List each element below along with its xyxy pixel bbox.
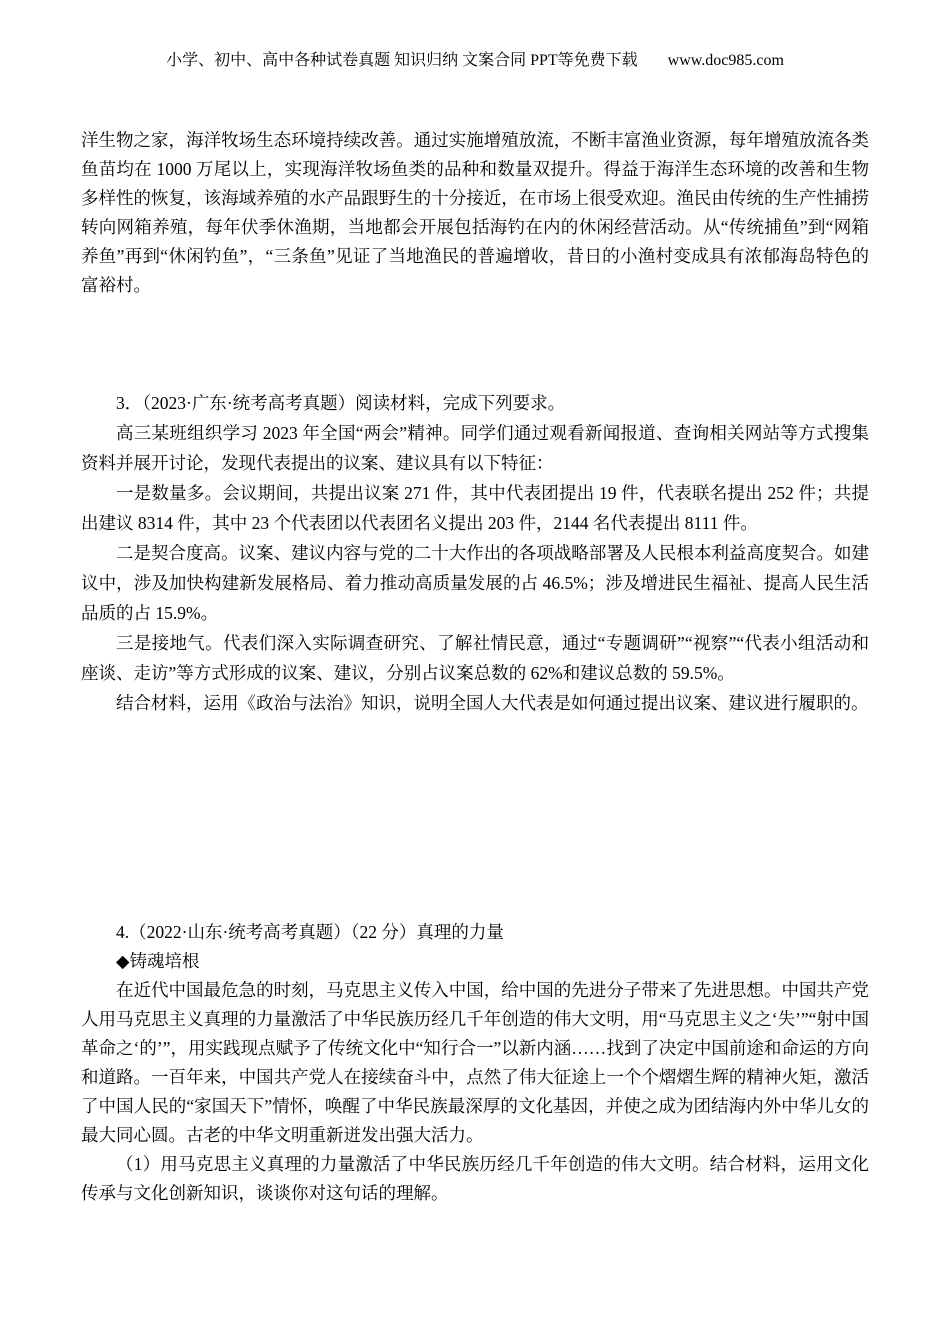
question-3-block: 3．（2023·广东·统考高考真题）阅读材料，完成下列要求。 高三某班组织学习 …: [81, 388, 869, 718]
question-4-subquestion-1: （1）用马克思主义真理的力量激活了中华民族历经几千年创造的伟大文明。结合材料，运…: [81, 1150, 869, 1208]
question-3-paragraph: 一是数量多。会议期间，共提出议案 271 件，其中代表团提出 19 件，代表联名…: [81, 478, 869, 538]
material-2-continuation-paragraph: 洋生物之家，海洋牧场生态环境持续改善。通过实施增殖放流，不断丰富渔业资源，每年增…: [81, 126, 869, 300]
page-header: 小学、初中、高中各种试卷真题 知识归纳 文案合同 PPT等免费下载www.doc…: [0, 50, 950, 72]
question-3-title: 3．（2023·广东·统考高考真题）阅读材料，完成下列要求。: [81, 388, 869, 418]
header-url: www.doc985.com: [668, 52, 784, 69]
question-4-title: 4.（2022·山东·统考高考真题）（22 分）真理的力量: [81, 918, 869, 947]
material-2-continuation-block: 洋生物之家，海洋牧场生态环境持续改善。通过实施增殖放流，不断丰富渔业资源，每年增…: [81, 126, 869, 300]
document-page: 小学、初中、高中各种试卷真题 知识归纳 文案合同 PPT等免费下载www.doc…: [0, 0, 950, 1344]
question-4-paragraph: 在近代中国最危急的时刻，马克思主义传入中国，给中国的先进分子带来了先进思想。中国…: [81, 976, 869, 1150]
question-4-section-marker: ◆铸魂培根: [81, 947, 869, 976]
question-3-paragraph: 三是接地气。代表们深入实际调查研究、了解社情民意，通过“专题调研”“视察”“代表…: [81, 628, 869, 688]
question-4-block: 4.（2022·山东·统考高考真题）（22 分）真理的力量 ◆铸魂培根 在近代中…: [81, 918, 869, 1208]
question-3-paragraph: 高三某班组织学习 2023 年全国“两会”精神。同学们通过观看新闻报道、查询相关…: [81, 418, 869, 478]
question-3-task: 结合材料，运用《政治与法治》知识，说明全国人大代表是如何通过提出议案、建议进行履…: [81, 688, 869, 718]
header-slogan: 小学、初中、高中各种试卷真题 知识归纳 文案合同 PPT等免费下载: [166, 52, 638, 69]
question-3-paragraph: 二是契合度高。议案、建议内容与党的二十大作出的各项战略部署及人民根本利益高度契合…: [81, 538, 869, 628]
